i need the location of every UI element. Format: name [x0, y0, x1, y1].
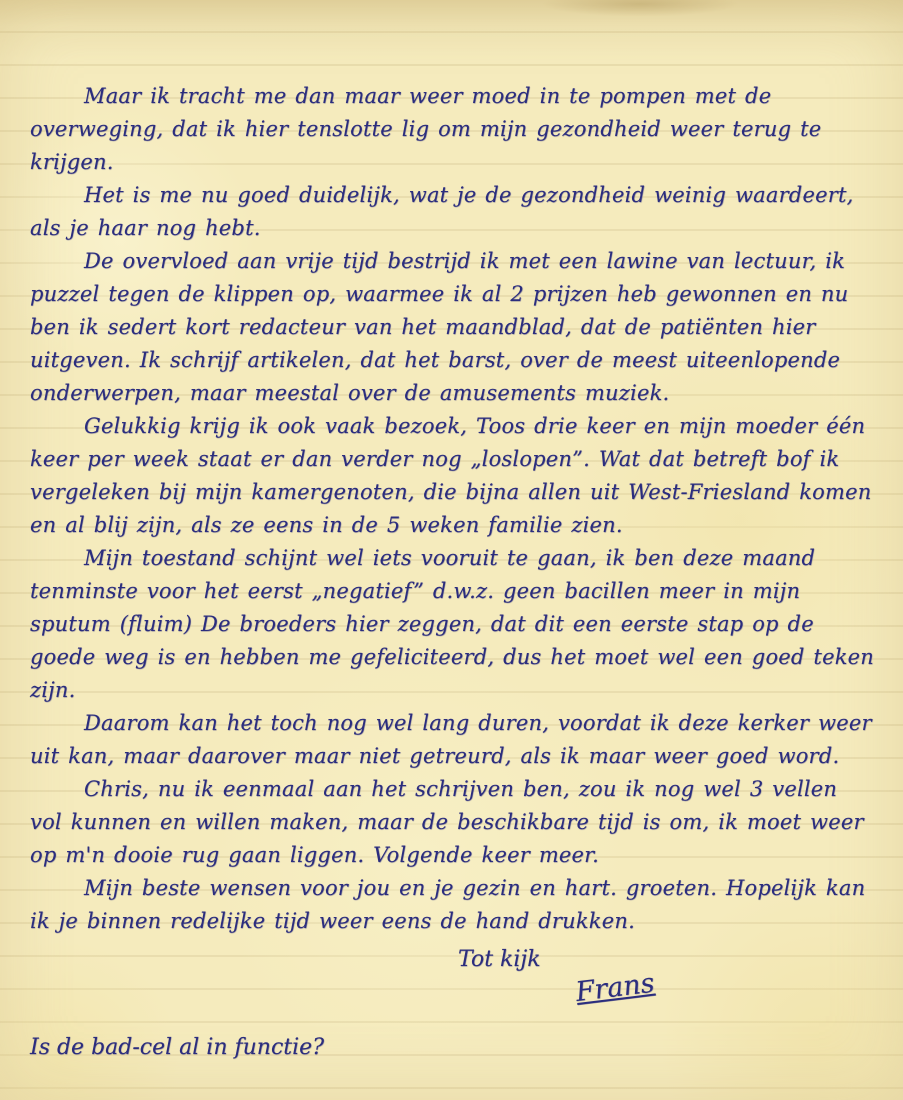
letter-paragraph: Mijn beste wensen voor jou en je gezin e… [30, 872, 877, 938]
letter-paragraph: De overvloed aan vrije tijd bestrijd ik … [30, 245, 877, 410]
letter-paragraph: Mijn toestand schijnt wel iets vooruit t… [30, 542, 877, 707]
letter-paragraph: Daarom kan het toch nog wel lang duren, … [30, 707, 877, 773]
letter-page: Maar ik tracht me dan maar weer moed in … [0, 0, 903, 1100]
letter-paragraph: Het is me nu goed duidelijk, wat je de g… [30, 179, 877, 245]
scanned-letter: Maar ik tracht me dan maar weer moed in … [0, 0, 903, 1100]
letter-paragraph: Maar ik tracht me dan maar weer moed in … [30, 80, 877, 179]
letter-paragraph: Gelukkig krijg ik ook vaak bezoek, Toos … [30, 410, 877, 542]
postscript-line: Is de bad-cel al in functie? [30, 1032, 877, 1064]
letter-paragraph: Chris, nu ik eenmaal aan het schrijven b… [30, 773, 877, 872]
letter-body: Maar ik tracht me dan maar weer moed in … [30, 80, 877, 938]
signature-row: Frans [30, 976, 877, 1010]
closing-salutation: Tot kijk [458, 944, 877, 976]
